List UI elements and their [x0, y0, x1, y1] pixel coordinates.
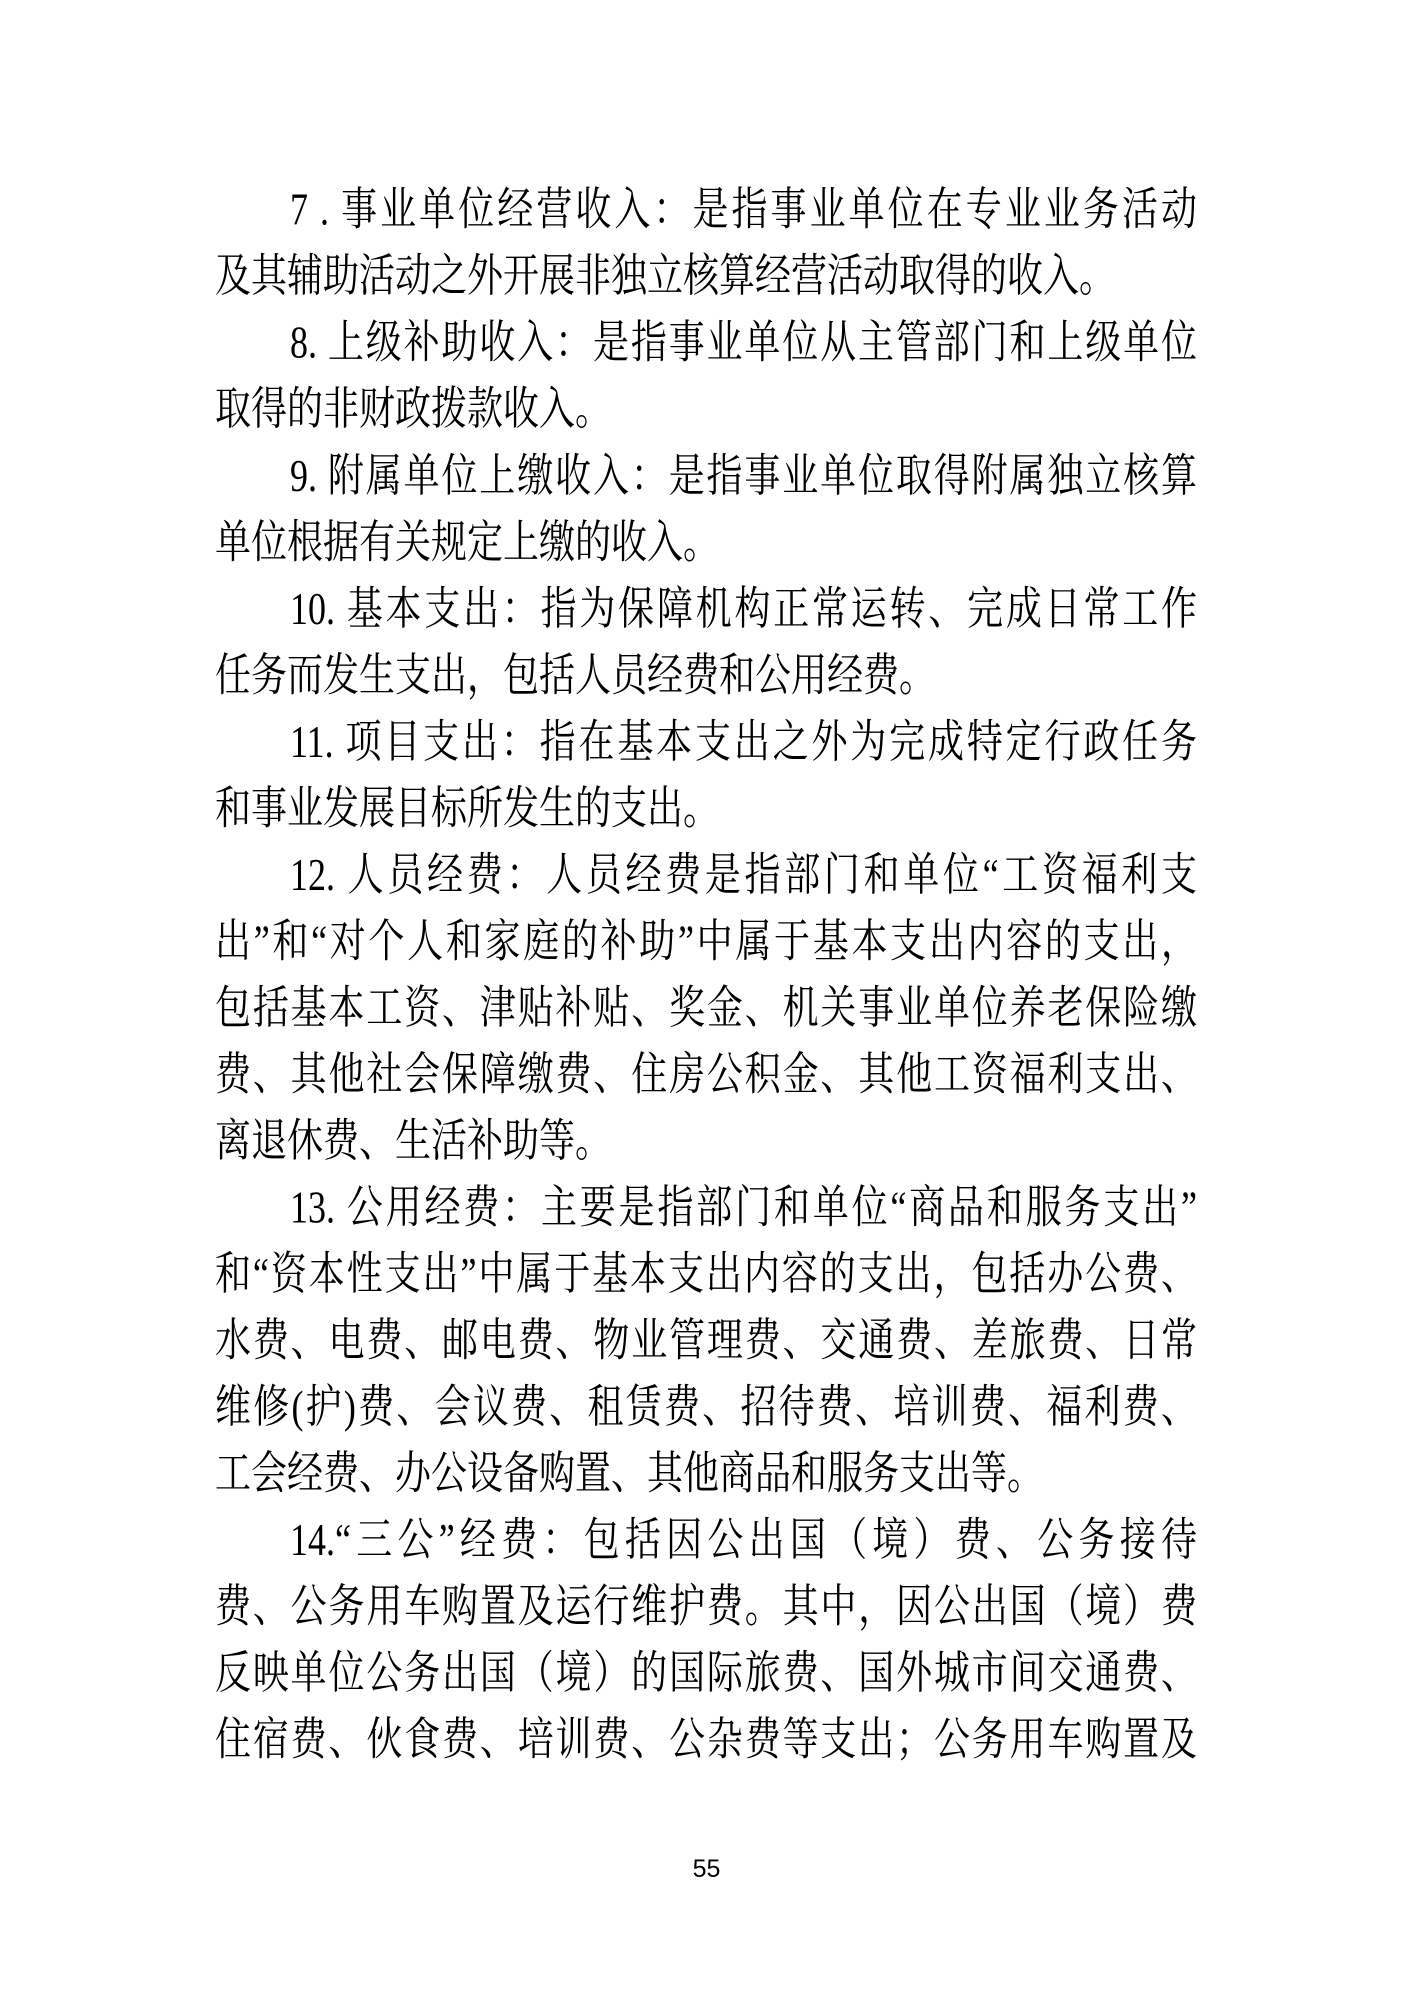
text-line: 9. 附属单位上缴收入：是指事业单位取得附属独立核算	[215, 443, 1197, 510]
text-line: 离退休费、生活补助等。	[215, 1108, 1197, 1175]
text-line: 14.“三公”经费：包括因公出国（境）费、公务接待	[215, 1507, 1197, 1574]
text-line: 8. 上级补助收入：是指事业单位从主管部门和上级单位	[215, 310, 1197, 377]
body-text: 7 . 事业单位经营收入：是指事业单位在专业业务活动及其辅助活动之外开展非独立核…	[215, 177, 1197, 1773]
page-number: 55	[0, 1855, 1413, 1884]
text-line: 10. 基本支出：指为保障机构正常运转、完成日常工作	[215, 576, 1197, 643]
text-line: 13. 公用经费：主要是指部门和单位“商品和服务支出”	[215, 1175, 1197, 1242]
text-line: 和“资本性支出”中属于基本支出内容的支出，包括办公费、	[215, 1241, 1197, 1308]
text-line: 反映单位公务出国（境）的国际旅费、国外城市间交通费、	[215, 1640, 1197, 1707]
text-line: 住宿费、伙食费、培训费、公杂费等支出；公务用车购置及	[215, 1707, 1197, 1774]
text-line: 单位根据有关规定上缴的收入。	[215, 510, 1197, 577]
text-line: 12. 人员经费：人员经费是指部门和单位“工资福利支	[215, 842, 1197, 909]
text-line: 工会经费、办公设备购置、其他商品和服务支出等。	[215, 1441, 1197, 1508]
text-line: 出”和“对个人和家庭的补助”中属于基本支出内容的支出，	[215, 909, 1197, 976]
text-line: 取得的非财政拨款收入。	[215, 377, 1197, 444]
text-line: 费、公务用车购置及运行维护费。其中，因公出国（境）费	[215, 1574, 1197, 1641]
document-page: 7 . 事业单位经营收入：是指事业单位在专业业务活动及其辅助活动之外开展非独立核…	[0, 0, 1413, 2000]
text-line: 11. 项目支出：指在基本支出之外为完成特定行政任务	[215, 709, 1197, 776]
text-line: 7 . 事业单位经营收入：是指事业单位在专业业务活动	[215, 177, 1197, 244]
text-line: 维修(护)费、会议费、租赁费、招待费、培训费、福利费、	[215, 1374, 1197, 1441]
text-line: 任务而发生支出，包括人员经费和公用经费。	[215, 643, 1197, 710]
text-line: 水费、电费、邮电费、物业管理费、交通费、差旅费、日常	[215, 1308, 1197, 1375]
text-line: 及其辅助活动之外开展非独立核算经营活动取得的收入。	[215, 244, 1197, 311]
text-line: 费、其他社会保障缴费、住房公积金、其他工资福利支出、	[215, 1042, 1197, 1109]
text-line: 和事业发展目标所发生的支出。	[215, 776, 1197, 843]
text-line: 包括基本工资、津贴补贴、奖金、机关事业单位养老保险缴	[215, 975, 1197, 1042]
